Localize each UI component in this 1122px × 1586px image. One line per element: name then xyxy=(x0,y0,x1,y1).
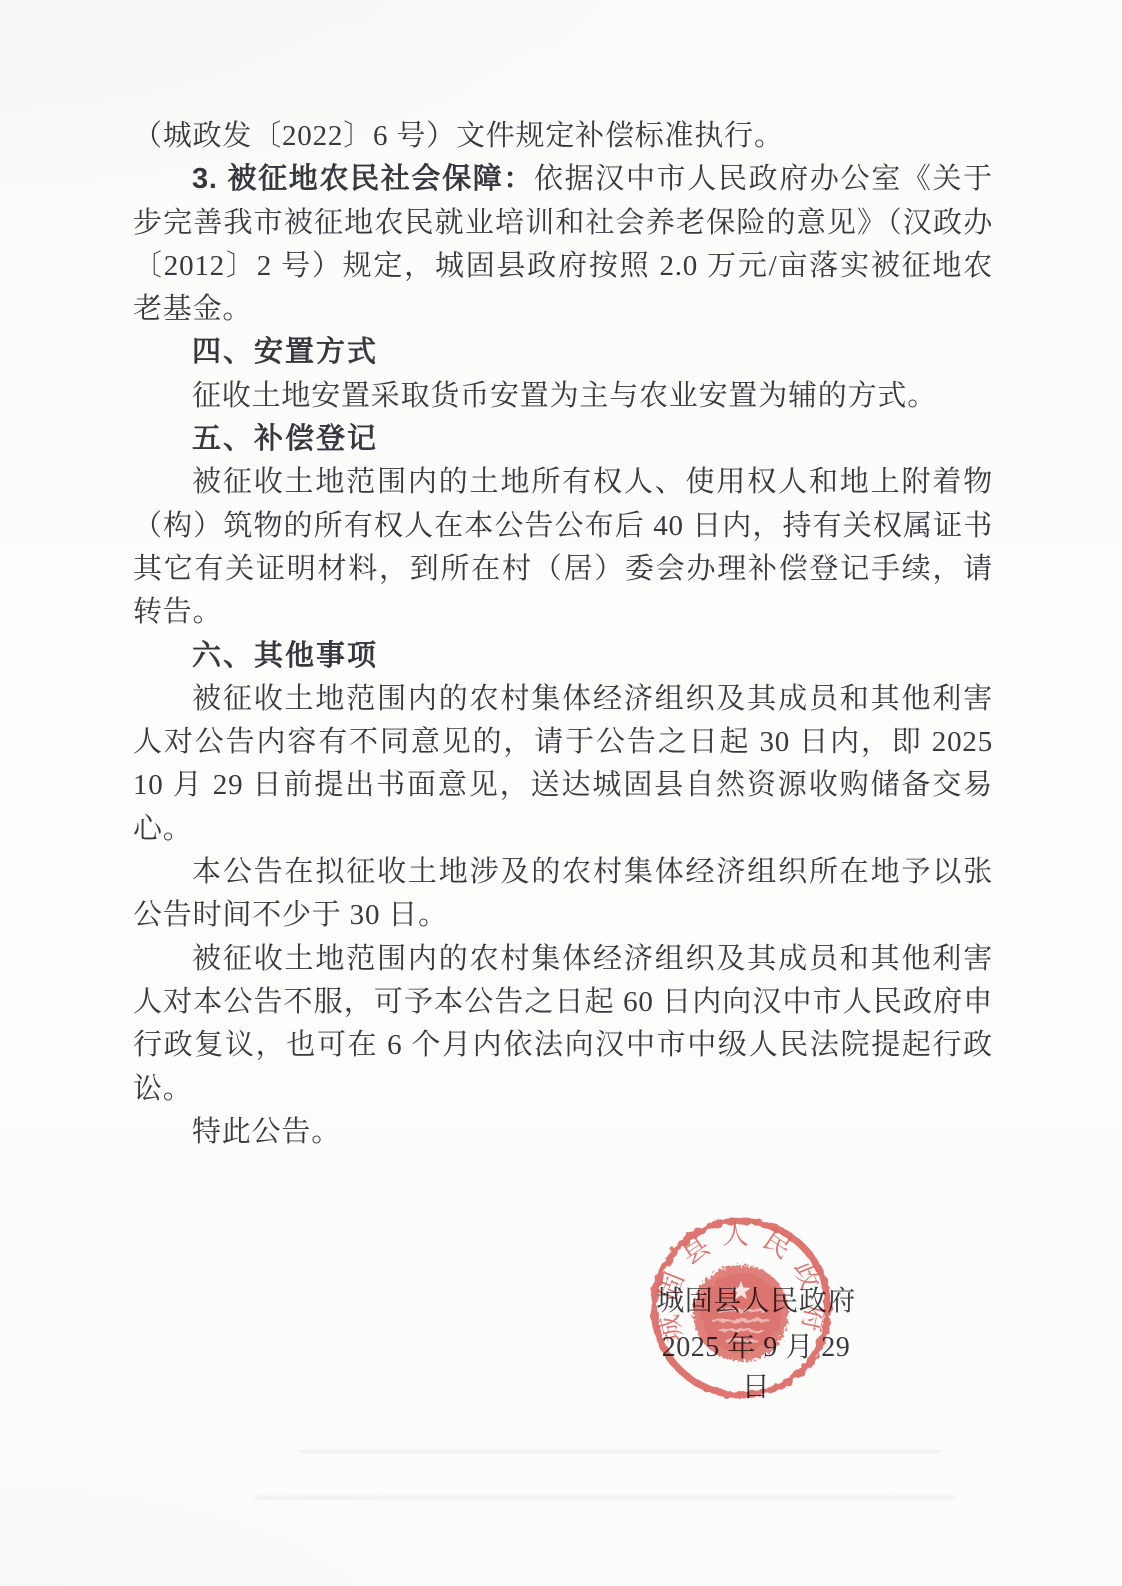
scanned-document-page: { "page": { "paper_color": "#fcfcfb", "t… xyxy=(0,0,1122,1586)
text-segment: 转告。 xyxy=(133,596,222,628)
text-segment: 10 月 29 日前提出书面意见，送达城固县自然资源收购储备交易中 xyxy=(133,769,993,807)
text-segment: 步完善我市被征地农民就业培训和社会养老保险的意见》（汉政办发 xyxy=(133,207,993,245)
document-line: 老基金。 xyxy=(133,288,993,331)
document-line: （城政发〔2022〕6 号）文件规定补偿标准执行。 xyxy=(133,115,993,158)
bold-text-segment: 3. 被征地农民社会保障： xyxy=(192,163,534,195)
scan-artifact xyxy=(255,1496,955,1499)
section-heading: 五、补偿登记 xyxy=(133,418,993,461)
document-line: 心。 xyxy=(133,808,993,851)
text-segment: 行政复议，也可在 6 个月内依法向汉中市中级人民法院提起行政诉 xyxy=(133,1029,993,1067)
document-line: 被征收土地范围内的农村集体经济组织及其成员和其他利害关系 xyxy=(133,938,993,981)
document-line: 步完善我市被征地农民就业培训和社会养老保险的意见》（汉政办发 xyxy=(133,202,993,245)
bold-text-segment: 四、安置方式 xyxy=(192,336,378,368)
official-seal: 城固县人民政府 xyxy=(646,1213,836,1403)
text-segment: 〔2012〕2 号）规定，城固县政府按照 2.0 万元/亩落实被征地农民养 xyxy=(133,250,993,288)
document-line: 本公告在拟征收土地涉及的农村集体经济组织所在地予以张贴， xyxy=(133,851,993,894)
document-line: 讼。 xyxy=(133,1068,993,1111)
text-segment: 人对本公告不服，可予本公告之日起 60 日内向汉中市人民政府申请 xyxy=(133,986,993,1024)
text-segment: 其它有关证明材料，到所在村（居）委会办理补偿登记手续，请相互 xyxy=(133,553,993,591)
national-emblem-icon xyxy=(693,1265,789,1361)
official-seal-graphic: 城固县人民政府 xyxy=(646,1213,836,1403)
document-line: 〔2012〕2 号）规定，城固县政府按照 2.0 万元/亩落实被征地农民养 xyxy=(133,245,993,288)
text-segment: （城政发〔2022〕6 号）文件规定补偿标准执行。 xyxy=(133,120,784,152)
text-segment: 被征收土地范围内的农村集体经济组织及其成员和其他利害关系 xyxy=(192,683,993,721)
document-line: 征收土地安置采取货币安置为主与农业安置为辅的方式。 xyxy=(133,375,993,418)
document-line: 人对公告内容有不同意见的，请于公告之日起 30 日内，即 2025 年 xyxy=(133,721,993,764)
document-line: 3. 被征地农民社会保障：依据汉中市人民政府办公室《关于进一 xyxy=(133,158,993,201)
bold-text-segment: 五、补偿登记 xyxy=(192,423,378,455)
document-body: （城政发〔2022〕6 号）文件规定补偿标准执行。3. 被征地农民社会保障：依据… xyxy=(133,115,993,1154)
text-segment: 心。 xyxy=(133,813,193,845)
document-line: 特此公告。 xyxy=(133,1111,993,1154)
text-segment: 讼。 xyxy=(133,1073,193,1105)
section-heading: 四、安置方式 xyxy=(133,331,993,374)
text-segment: 本公告在拟征收土地涉及的农村集体经济组织所在地予以张贴， xyxy=(192,856,993,894)
document-line: 被征收土地范围内的农村集体经济组织及其成员和其他利害关系 xyxy=(133,678,993,721)
document-line: 行政复议，也可在 6 个月内依法向汉中市中级人民法院提起行政诉 xyxy=(133,1024,993,1067)
document-line: 公告时间不少于 30 日。 xyxy=(133,894,993,937)
document-line: 人对本公告不服，可予本公告之日起 60 日内向汉中市人民政府申请 xyxy=(133,981,993,1024)
text-segment: 特此公告。 xyxy=(192,1116,341,1148)
document-line: 被征收土地范围内的土地所有权人、使用权人和地上附着物及建 xyxy=(133,461,993,504)
text-segment: 公告时间不少于 30 日。 xyxy=(133,899,448,931)
text-segment: 被征收土地范围内的农村集体经济组织及其成员和其他利害关系 xyxy=(192,943,993,981)
bold-text-segment: 六、其他事项 xyxy=(192,640,378,672)
text-segment: 人对公告内容有不同意见的，请于公告之日起 30 日内，即 2025 年 xyxy=(133,726,993,764)
document-line: （构）筑物的所有权人在本公告公布后 40 日内，持有关权属证书或 xyxy=(133,505,993,548)
document-line: 其它有关证明材料，到所在村（居）委会办理补偿登记手续，请相互 xyxy=(133,548,993,591)
text-segment: 被征收土地范围内的土地所有权人、使用权人和地上附着物及建 xyxy=(192,466,993,504)
scan-artifact xyxy=(300,1450,940,1453)
section-heading: 六、其他事项 xyxy=(133,635,993,678)
text-segment: 老基金。 xyxy=(133,293,252,325)
document-line: 10 月 29 日前提出书面意见，送达城固县自然资源收购储备交易中 xyxy=(133,764,993,807)
text-segment: 征收土地安置采取货币安置为主与农业安置为辅的方式。 xyxy=(192,380,937,412)
document-line: 转告。 xyxy=(133,591,993,634)
text-segment: （构）筑物的所有权人在本公告公布后 40 日内，持有关权属证书或 xyxy=(133,510,993,548)
